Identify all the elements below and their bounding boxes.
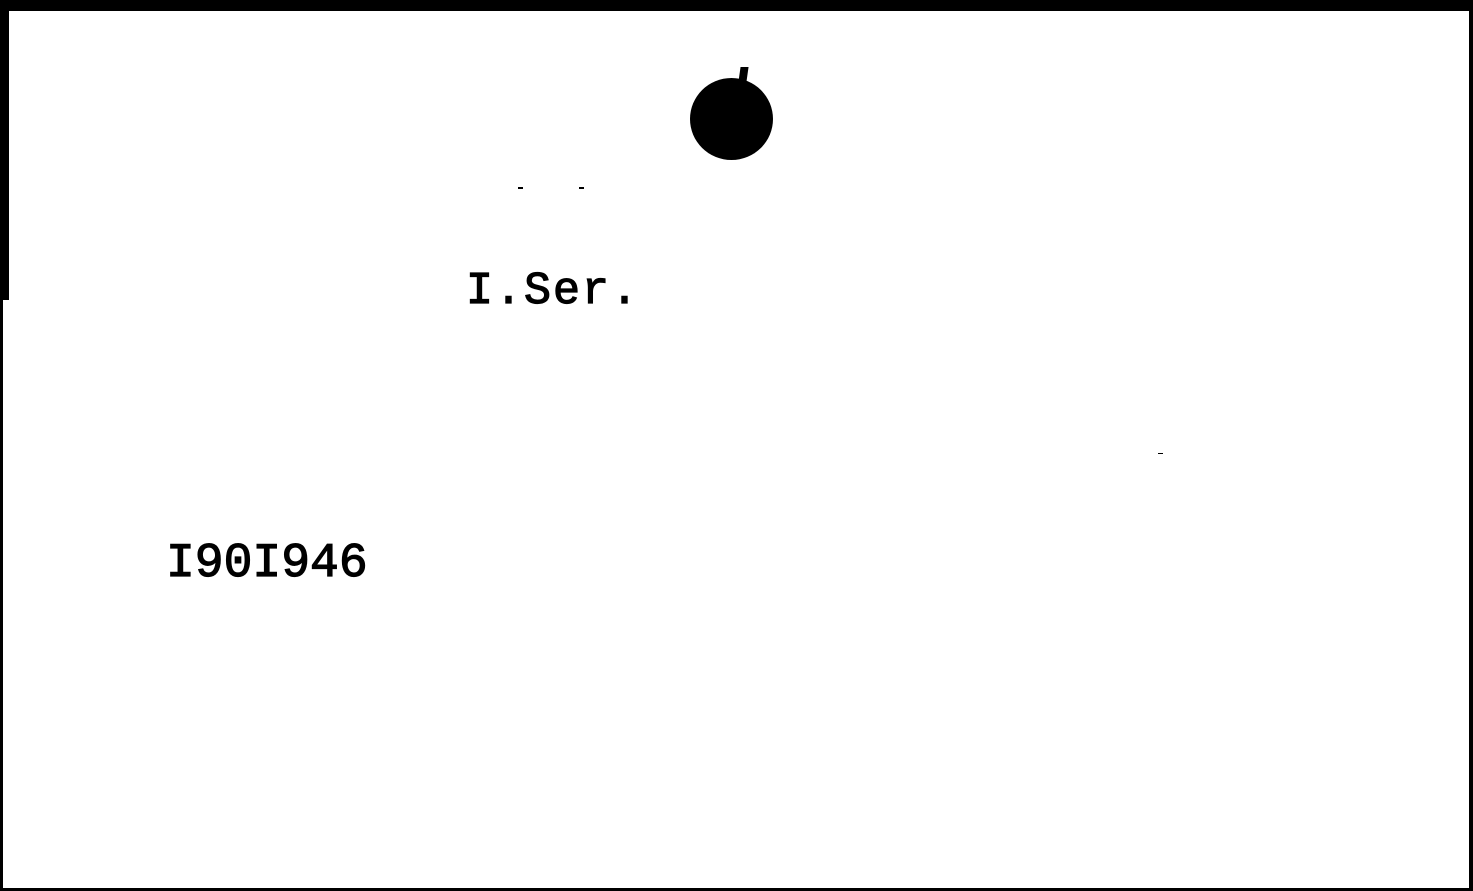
punch-hole-icon <box>690 78 773 160</box>
speck-mark <box>518 187 523 189</box>
speck-mark <box>579 187 584 189</box>
date-label: I90I946 <box>166 536 368 592</box>
speck-mark <box>1158 453 1163 454</box>
series-label: I.Ser. <box>466 266 640 318</box>
